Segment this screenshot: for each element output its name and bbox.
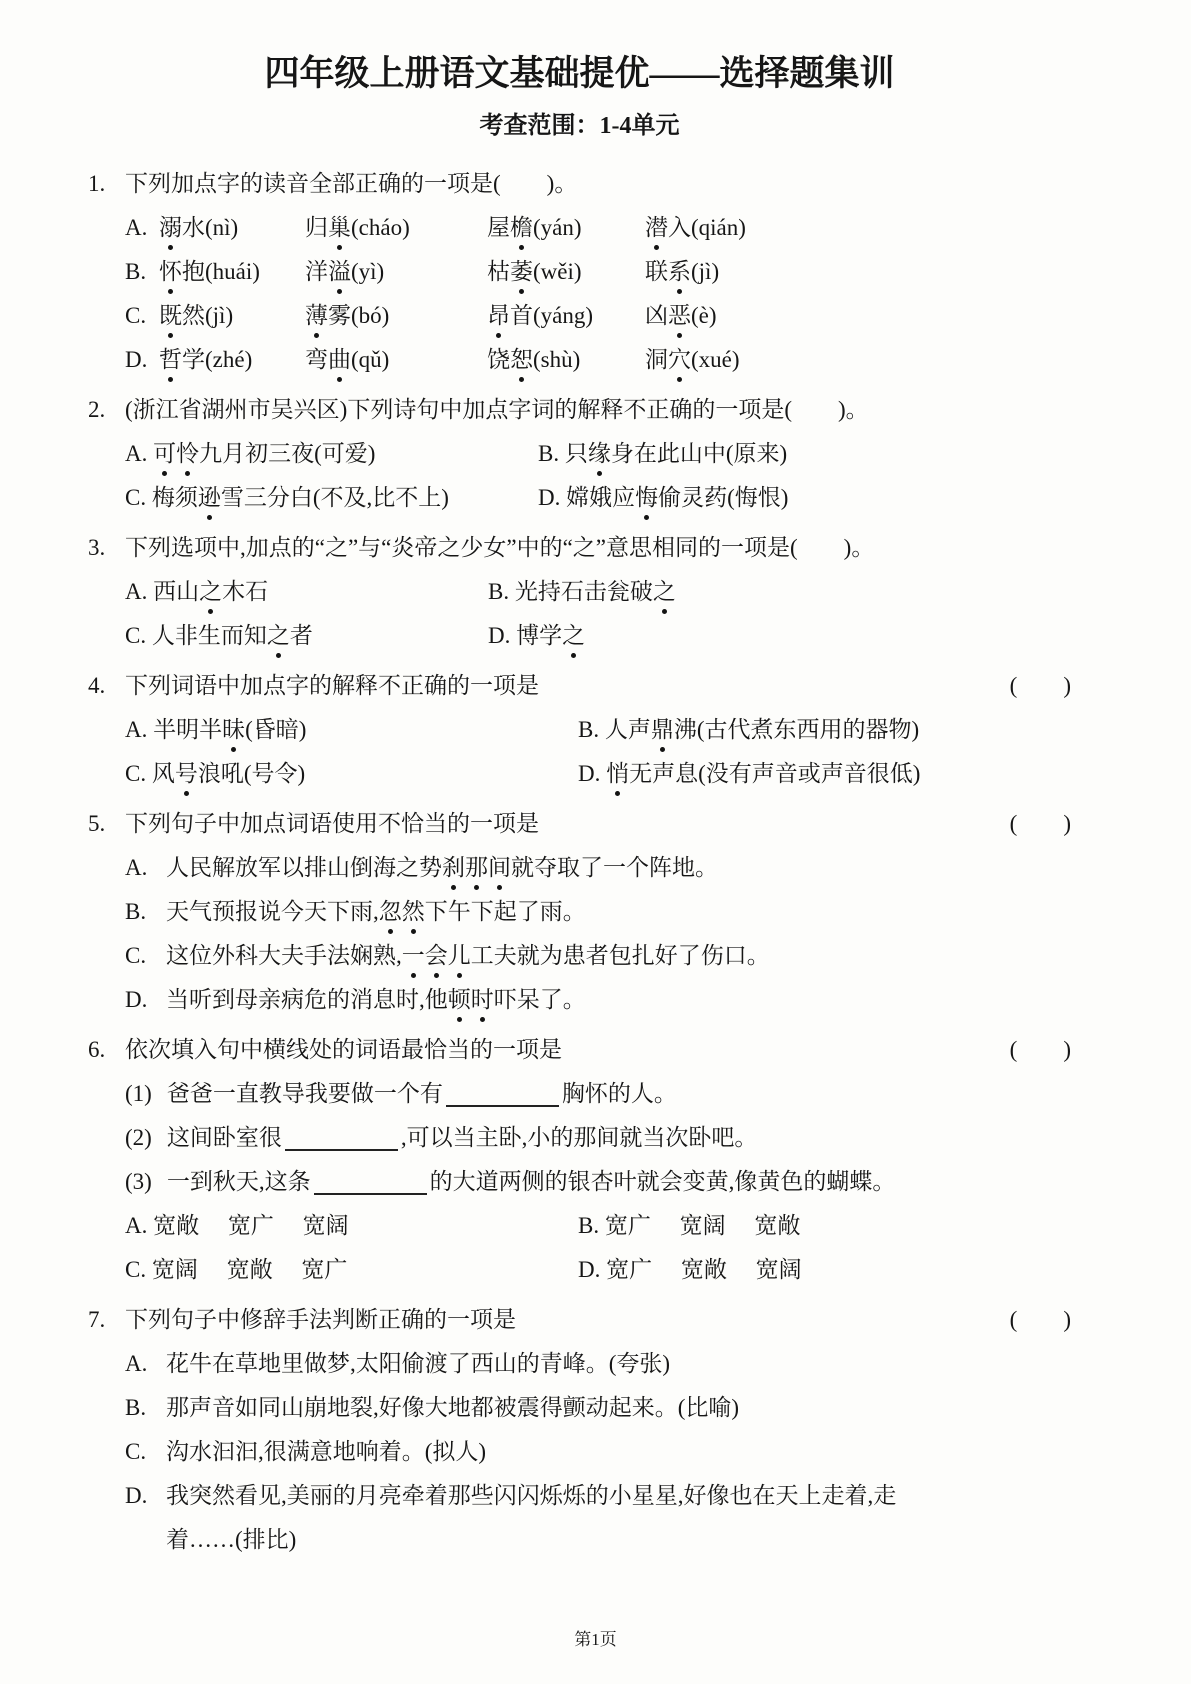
word-item: 潜入(qián)	[645, 206, 1071, 250]
option-label: B.	[125, 1386, 166, 1430]
item-text-pre: 爸爸一直教导我要做一个有	[167, 1081, 443, 1106]
option-label: B.	[125, 890, 166, 934]
exam-paper-page: 四年级上册语文基础提优——选择题集训 考查范围：1-4单元 1. 下列加点字的读…	[0, 0, 1191, 1684]
word-item: 饶恕(shù)	[487, 338, 645, 382]
option-label: C.	[125, 1430, 166, 1474]
question-6-options: A. 宽敞 宽广 宽阔 B. 宽广 宽阔 宽敞 C. 宽阔 宽敞 宽广 D. 宽…	[88, 1204, 1071, 1292]
question-7-options: A. 花牛在草地里做梦,太阳偷渡了西山的青峰。(夸张) B. 那声音如同山崩地裂…	[88, 1342, 1071, 1562]
word-item: 屋檐(yán)	[487, 206, 645, 250]
option-c: C. 这位外科大夫手法娴熟,一会儿工夫就为患者包扎好了伤口。	[125, 934, 1071, 978]
question-4-options: A. 半明半昧(昏暗) B. 人声鼎沸(古代煮东西用的器物) C. 风号浪吼(号…	[88, 708, 1071, 796]
option-c: C. 风号浪吼(号令)	[125, 752, 578, 796]
question-number: 3.	[88, 526, 125, 570]
word-item: 薄雾(bó)	[305, 294, 487, 338]
option-label: D.	[125, 338, 159, 382]
option-c: C. 人非生而知之者	[125, 614, 488, 658]
question-7: 7. 下列句子中修辞手法判断正确的一项是 ( ) A. 花牛在草地里做梦,太阳偷…	[88, 1298, 1071, 1562]
option-c: C. 既然(jì) 薄雾(bó) 昂首(yáng) 凶恶(è)	[125, 294, 1071, 338]
question-list: 1. 下列加点字的读音全部正确的一项是( )。 A. 溺水(nì) 归巢(chá…	[88, 162, 1071, 1562]
question-3-stem-row: 3. 下列选项中,加点的“之”与“炎帝之少女”中的“之”意思相同的一项是( )。	[88, 526, 1071, 570]
option-c: C. 沟水汩汩,很满意地响着。(拟人)	[125, 1430, 1071, 1474]
question-2: 2. (浙江省湖州市吴兴区)下列诗句中加点字词的解释不正确的一项是( )。 A.…	[88, 388, 1071, 520]
page-number: 第1页	[574, 1630, 617, 1649]
question-1-stem-row: 1. 下列加点字的读音全部正确的一项是( )。	[88, 162, 1071, 206]
option-text: 沟水汩汩,很满意地响着。(拟人)	[166, 1430, 1071, 1474]
word-item: 枯萎(wěi)	[487, 250, 645, 294]
option-label: C.	[125, 934, 166, 978]
question-4-stem-row: 4. 下列词语中加点字的解释不正确的一项是 ( )	[88, 664, 1071, 708]
option-d: D. 宽广 宽敞 宽阔	[578, 1248, 1071, 1292]
option-text: 花牛在草地里做梦,太阳偷渡了西山的青峰。(夸张)	[166, 1342, 1071, 1386]
option-text: 人民解放军以排山倒海之势刹那间就夺取了一个阵地。	[166, 846, 1071, 890]
option-b: B. 天气预报说今天下雨,忽然下午下起了雨。	[125, 890, 1071, 934]
word-item: 溺水(nì)	[159, 206, 305, 250]
item-text-post: 胸怀的人。	[562, 1081, 677, 1106]
page-title: 四年级上册语文基础提优——选择题集训	[88, 52, 1071, 96]
option-text: 那声音如同山崩地裂,好像大地都被震得颤动起来。(比喻)	[166, 1386, 1071, 1430]
question-stem: 依次填入句中横线处的词语最恰当的一项是	[125, 1028, 1010, 1072]
question-6-stem-row: 6. 依次填入句中横线处的词语最恰当的一项是 ( )	[88, 1028, 1071, 1072]
exam-scope-subtitle: 考查范围：1-4单元	[88, 105, 1071, 140]
option-label: B.	[125, 250, 159, 294]
question-7-stem-row: 7. 下列句子中修辞手法判断正确的一项是 ( )	[88, 1298, 1071, 1342]
page-content: 四年级上册语文基础提优——选择题集训 考查范围：1-4单元 1. 下列加点字的读…	[0, 0, 1191, 1562]
fill-item-2: (2)这间卧室很,可以当主卧,小的那间就当次卧吧。	[125, 1116, 1071, 1160]
option-text: 当听到母亲病危的消息时,他顿时吓呆了。	[166, 978, 1071, 1022]
question-number: 7.	[88, 1298, 125, 1342]
question-stem: 下列加点字的读音全部正确的一项是( )。	[125, 162, 577, 206]
word-item: 既然(jì)	[159, 294, 305, 338]
option-a: A. 花牛在草地里做梦,太阳偷渡了西山的青峰。(夸张)	[125, 1342, 1071, 1386]
word-item: 怀抱(huái)	[159, 250, 305, 294]
word-item: 洞穴(xué)	[645, 338, 1071, 382]
option-d: D. 嫦娥应悔偷灵药(悔恨)	[538, 476, 1071, 520]
option-b: B. 那声音如同山崩地裂,好像大地都被震得颤动起来。(比喻)	[125, 1386, 1071, 1430]
question-6-items: (1)爸爸一直教导我要做一个有胸怀的人。 (2)这间卧室很,可以当主卧,小的那间…	[88, 1072, 1071, 1204]
answer-paren: ( )	[1010, 664, 1071, 708]
question-5-stem-row: 5. 下列句子中加点词语使用不恰当的一项是 ( )	[88, 802, 1071, 846]
option-b: B. 怀抱(huái) 洋溢(yì) 枯萎(wěi) 联系(jì)	[125, 250, 1071, 294]
question-stem: 下列词语中加点字的解释不正确的一项是	[125, 664, 1010, 708]
option-text: 天气预报说今天下雨,忽然下午下起了雨。	[166, 890, 1071, 934]
option-d: D. 哲学(zhé) 弯曲(qǔ) 饶恕(shù) 洞穴(xué)	[125, 338, 1071, 382]
question-2-options: A. 可怜九月初三夜(可爱) B. 只缘身在此山中(原来) C. 梅须逊雪三分白…	[88, 432, 1071, 520]
item-text-pre: 这间卧室很	[167, 1125, 282, 1150]
option-b: B. 光持石击瓮破之	[488, 570, 1071, 614]
word-item: 凶恶(è)	[645, 294, 1071, 338]
question-stem: 下列句子中修辞手法判断正确的一项是	[125, 1298, 1010, 1342]
item-label: (2)	[125, 1125, 152, 1150]
option-label: D.	[125, 978, 166, 1022]
word-item: 昂首(yáng)	[487, 294, 645, 338]
option-text: 我突然看见,美丽的月亮牵着那些闪闪烁烁的小星星,好像也在天上走着,走着……(排比…	[166, 1474, 928, 1562]
option-d: D. 我突然看见,美丽的月亮牵着那些闪闪烁烁的小星星,好像也在天上走着,走着………	[125, 1474, 1071, 1562]
option-d: D. 悄无声息(没有声音或声音很低)	[578, 752, 1071, 796]
page-footer: 第1页	[0, 1625, 1191, 1650]
word-item: 联系(jì)	[645, 250, 1071, 294]
option-label: A.	[125, 846, 166, 890]
question-5: 5. 下列句子中加点词语使用不恰当的一项是 ( ) A. 人民解放军以排山倒海之…	[88, 802, 1071, 1022]
question-stem: (浙江省湖州市吴兴区)下列诗句中加点字词的解释不正确的一项是( )。	[125, 388, 869, 432]
question-stem: 下列句子中加点词语使用不恰当的一项是	[125, 802, 1010, 846]
answer-blank	[285, 1128, 398, 1151]
question-number: 4.	[88, 664, 125, 708]
option-label: A.	[125, 206, 159, 250]
question-1: 1. 下列加点字的读音全部正确的一项是( )。 A. 溺水(nì) 归巢(chá…	[88, 162, 1071, 382]
fill-item-1: (1)爸爸一直教导我要做一个有胸怀的人。	[125, 1072, 1071, 1116]
word-item: 哲学(zhé)	[159, 338, 305, 382]
word-item: 归巢(cháo)	[305, 206, 487, 250]
answer-blank	[446, 1084, 559, 1107]
option-text: 这位外科大夫手法娴熟,一会儿工夫就为患者包扎好了伤口。	[166, 934, 1071, 978]
question-3-options: A. 西山之木石 B. 光持石击瓮破之 C. 人非生而知之者 D. 博学之	[88, 570, 1071, 658]
item-text-post: ,可以当主卧,小的那间就当次卧吧。	[401, 1125, 758, 1150]
question-6: 6. 依次填入句中横线处的词语最恰当的一项是 ( ) (1)爸爸一直教导我要做一…	[88, 1028, 1071, 1292]
answer-blank	[314, 1172, 427, 1195]
option-a: A. 溺水(nì) 归巢(cháo) 屋檐(yán) 潜入(qián)	[125, 206, 1071, 250]
item-text-post: 的大道两侧的银杏叶就会变黄,像黄色的蝴蝶。	[430, 1169, 896, 1194]
word-item: 洋溢(yì)	[305, 250, 487, 294]
option-label: C.	[125, 294, 159, 338]
answer-paren: ( )	[1010, 802, 1071, 846]
question-2-stem-row: 2. (浙江省湖州市吴兴区)下列诗句中加点字词的解释不正确的一项是( )。	[88, 388, 1071, 432]
option-d: D. 博学之	[488, 614, 1071, 658]
option-label: D.	[125, 1474, 166, 1562]
option-label: A.	[125, 1342, 166, 1386]
option-c: C. 宽阔 宽敞 宽广	[125, 1248, 578, 1292]
option-a: A. 宽敞 宽广 宽阔	[125, 1204, 578, 1248]
option-d: D. 当听到母亲病危的消息时,他顿时吓呆了。	[125, 978, 1071, 1022]
option-b: B. 只缘身在此山中(原来)	[538, 432, 1071, 476]
option-a: A. 可怜九月初三夜(可爱)	[125, 432, 538, 476]
question-stem: 下列选项中,加点的“之”与“炎帝之少女”中的“之”意思相同的一项是( )。	[125, 526, 874, 570]
question-1-options: A. 溺水(nì) 归巢(cháo) 屋檐(yán) 潜入(qián) B. 怀…	[88, 206, 1071, 382]
question-4: 4. 下列词语中加点字的解释不正确的一项是 ( ) A. 半明半昧(昏暗) B.…	[88, 664, 1071, 796]
option-b: B. 人声鼎沸(古代煮东西用的器物)	[578, 708, 1071, 752]
option-a: A. 人民解放军以排山倒海之势刹那间就夺取了一个阵地。	[125, 846, 1071, 890]
question-3: 3. 下列选项中,加点的“之”与“炎帝之少女”中的“之”意思相同的一项是( )。…	[88, 526, 1071, 658]
answer-paren: ( )	[1010, 1298, 1071, 1342]
question-number: 5.	[88, 802, 125, 846]
question-number: 2.	[88, 388, 125, 432]
item-label: (3)	[125, 1169, 152, 1194]
question-number: 1.	[88, 162, 125, 206]
option-a: A. 西山之木石	[125, 570, 488, 614]
question-number: 6.	[88, 1028, 125, 1072]
item-text-pre: 一到秋天,这条	[167, 1169, 311, 1194]
option-c: C. 梅须逊雪三分白(不及,比不上)	[125, 476, 538, 520]
item-label: (1)	[125, 1081, 152, 1106]
answer-paren: ( )	[1010, 1028, 1071, 1072]
fill-item-3: (3)一到秋天,这条的大道两侧的银杏叶就会变黄,像黄色的蝴蝶。	[125, 1160, 1071, 1204]
option-b: B. 宽广 宽阔 宽敞	[578, 1204, 1071, 1248]
word-item: 弯曲(qǔ)	[305, 338, 487, 382]
option-a: A. 半明半昧(昏暗)	[125, 708, 578, 752]
question-5-options: A. 人民解放军以排山倒海之势刹那间就夺取了一个阵地。 B. 天气预报说今天下雨…	[88, 846, 1071, 1022]
